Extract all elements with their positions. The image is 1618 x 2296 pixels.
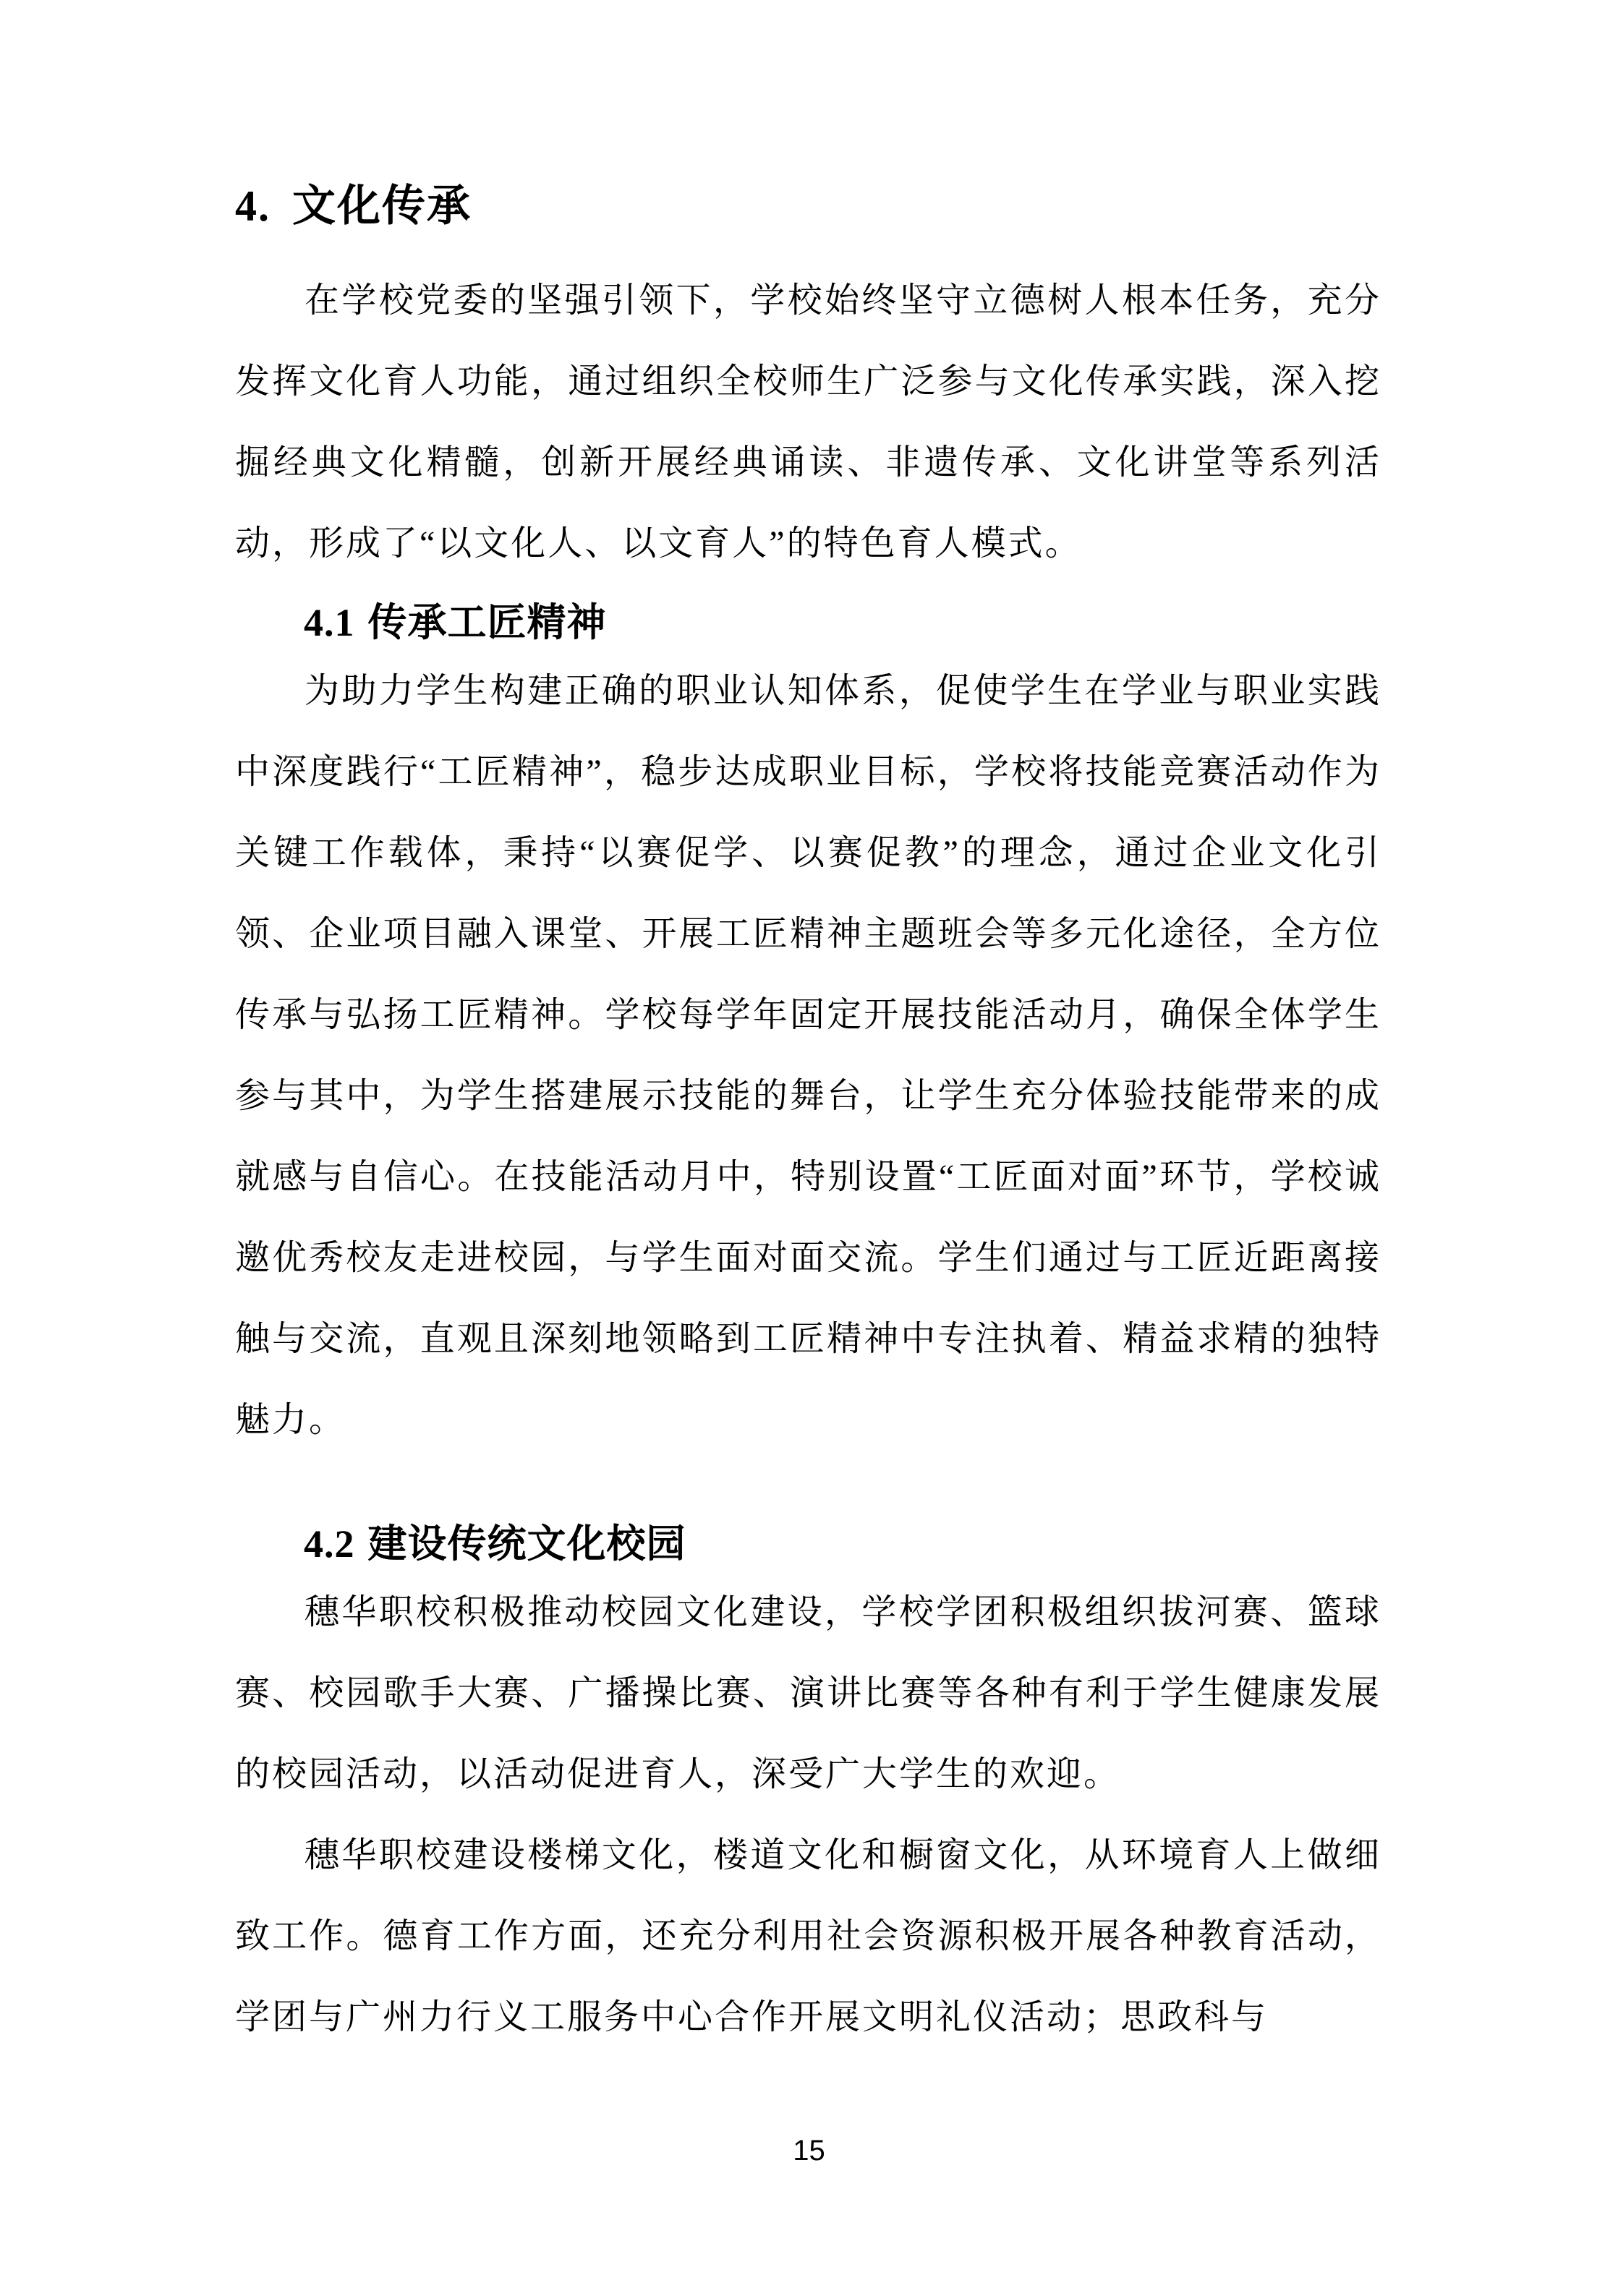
page-content: 4.文化传承 在学校党委的坚强引领下，学校始终坚守立德树人根本任务，充分发挥文化… xyxy=(235,182,1381,2058)
chapter-heading: 4.文化传承 xyxy=(235,182,1381,230)
section-heading-4-2: 4.2建设传统文化校园 xyxy=(304,1522,1381,1566)
section-4-1-title: 传承工匠精神 xyxy=(368,601,607,644)
chapter-heading-number: 4. xyxy=(235,182,271,230)
section-heading-4-1: 4.1传承工匠精神 xyxy=(304,600,1381,645)
chapter-heading-title: 文化传承 xyxy=(292,182,472,230)
section-4-2-number: 4.2 xyxy=(304,1522,355,1566)
intro-paragraph: 在学校党委的坚强引领下，学校始终坚守立德树人根本任务，充分发挥文化育人功能，通过… xyxy=(235,260,1381,584)
section-4-1-number: 4.1 xyxy=(304,600,355,645)
section-4-1-paragraph: 为助力学生构建正确的职业认知体系，促使学生在学业与职业实践中深度践行“工匠精神”… xyxy=(235,651,1381,1461)
document-page: 4.文化传承 在学校党委的坚强引领下，学校始终坚守立德树人根本任务，充分发挥文化… xyxy=(0,0,1618,2296)
page-number: 15 xyxy=(0,2135,1618,2167)
section-4-2-paragraph-2: 穗华职校建设楼梯文化，楼道文化和橱窗文化，从环境育人上做细致工作。德育工作方面，… xyxy=(235,1815,1381,2058)
section-4-2-title: 建设传统文化校园 xyxy=(368,1522,686,1566)
section-4-2-paragraph-1: 穗华职校积极推动校园文化建设，学校学团积极组织拔河赛、篮球赛、校园歌手大赛、广播… xyxy=(235,1572,1381,1815)
